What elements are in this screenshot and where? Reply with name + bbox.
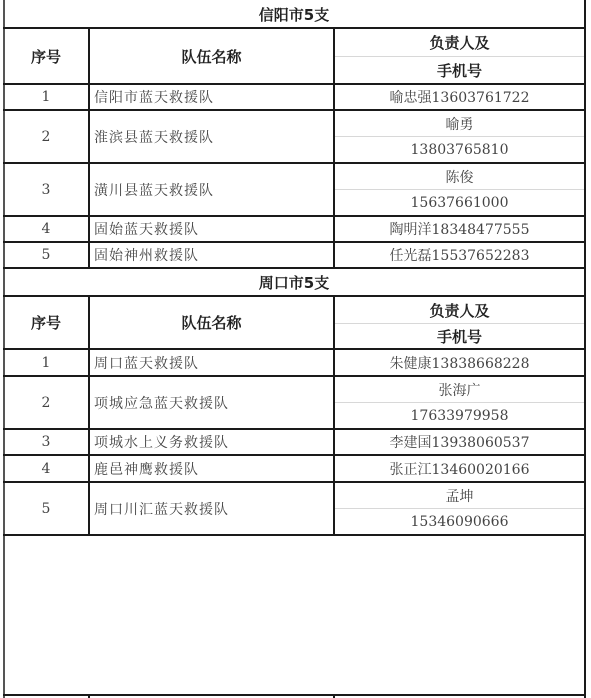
row-contact: 张正江13460020166 (335, 456, 584, 481)
row-team-name: 鹿邑神鹰救援队 (90, 456, 333, 481)
row-contact-name: 陈俊 (335, 164, 584, 189)
row-team-name: 周口川汇蓝天救援队 (90, 483, 333, 534)
row-index: 2 (4, 377, 88, 428)
section-title-xinyang: 信阳市5支 (4, 0, 584, 28)
row-contact: 朱健康13838668228 (335, 350, 584, 375)
column-divider (88, 28, 90, 268)
column-divider (88, 296, 90, 535)
row-team-name: 固始蓝天救援队 (90, 217, 333, 241)
row-index: 3 (4, 164, 88, 215)
row-contact: 陶明洋18348477555 (335, 217, 584, 241)
row-index: 1 (4, 350, 88, 375)
section-title-zhoukou: 周口市5支 (4, 269, 584, 296)
column-header-team: 队伍名称 (90, 297, 333, 348)
column-header-index: 序号 (4, 297, 88, 348)
row-team-name: 潢川县蓝天救援队 (90, 164, 333, 215)
row-team-name: 固始神州救援队 (90, 243, 333, 267)
row-index: 5 (4, 483, 88, 534)
column-header-contact-line2: 手机号 (335, 324, 584, 348)
row-contact: 喻忠强13603761722 (335, 85, 584, 109)
column-divider (333, 296, 335, 535)
row-index: 2 (4, 111, 88, 162)
column-header-contact-line2: 手机号 (335, 57, 584, 83)
row-contact-name: 张海广 (335, 377, 584, 402)
row-contact-phone: 15637661000 (335, 190, 584, 215)
row-contact: 任光磊15537652283 (335, 243, 584, 267)
rescue-team-table: 信阳市5支 序号 队伍名称 负责人及 手机号 1 信阳市蓝天救援队 喻忠强136… (0, 0, 591, 698)
row-contact-phone: 13803765810 (335, 137, 584, 162)
row-contact: 李建国13938060537 (335, 430, 584, 454)
row-index: 1 (4, 85, 88, 109)
row-contact-name: 喻勇 (335, 111, 584, 136)
row-index: 5 (4, 243, 88, 267)
row-contact-name: 孟坤 (335, 483, 584, 508)
row-contact-phone: 17633979958 (335, 403, 584, 428)
row-team-name: 项城应急蓝天救援队 (90, 377, 333, 428)
row-index: 4 (4, 456, 88, 481)
blank-area (5, 536, 584, 694)
row-index: 3 (4, 430, 88, 454)
column-header-index: 序号 (4, 29, 88, 83)
divider (3, 694, 586, 696)
column-header-contact-line1: 负责人及 (335, 297, 584, 323)
row-team-name: 淮滨县蓝天救援队 (90, 111, 333, 162)
row-team-name: 项城水上义务救援队 (90, 430, 333, 454)
row-index: 4 (4, 217, 88, 241)
row-contact-phone: 15346090666 (335, 509, 584, 534)
column-header-team: 队伍名称 (90, 29, 333, 83)
column-header-contact-line1: 负责人及 (335, 29, 584, 56)
row-team-name: 周口蓝天救援队 (90, 350, 333, 375)
row-team-name: 信阳市蓝天救援队 (90, 85, 333, 109)
column-divider (333, 28, 335, 268)
